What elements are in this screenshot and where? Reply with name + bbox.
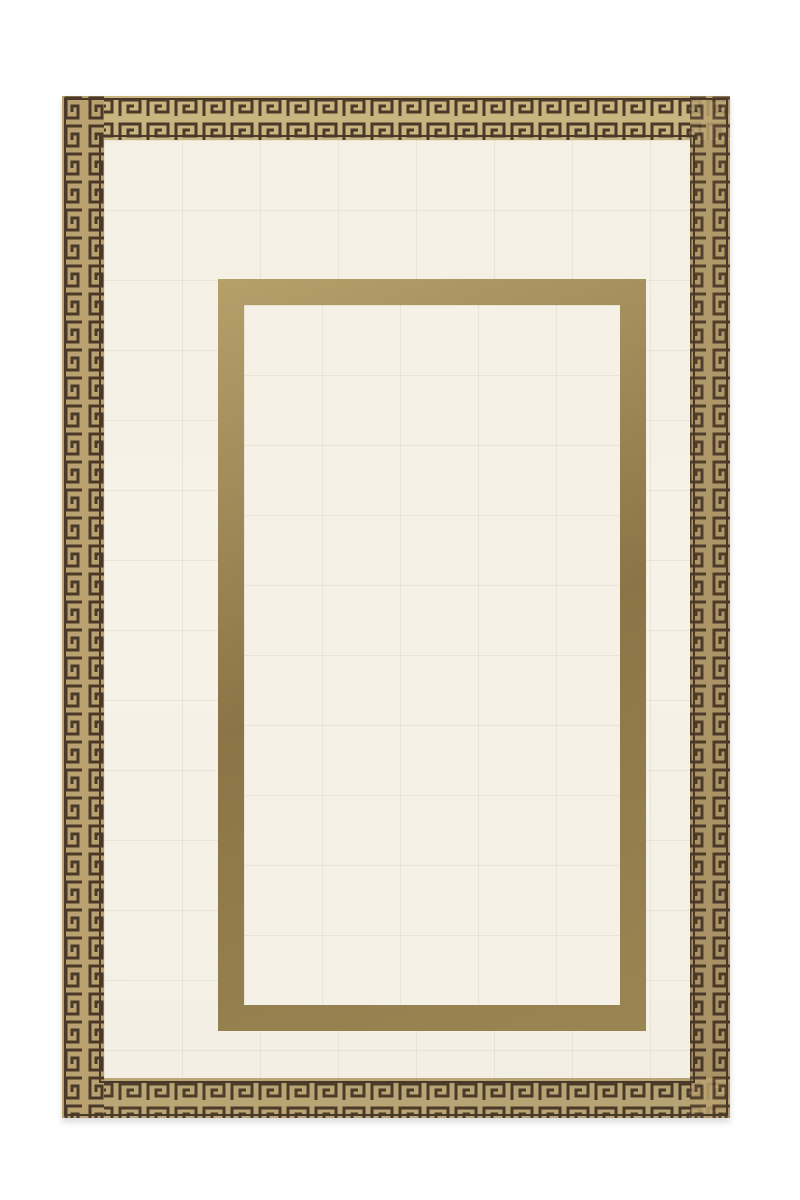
inner-fur-field bbox=[244, 305, 620, 1005]
rug bbox=[62, 96, 730, 1118]
outer-fur-field bbox=[104, 140, 690, 1078]
inner-fur-tiles bbox=[244, 305, 620, 1005]
gold-inner-band bbox=[218, 279, 646, 1031]
